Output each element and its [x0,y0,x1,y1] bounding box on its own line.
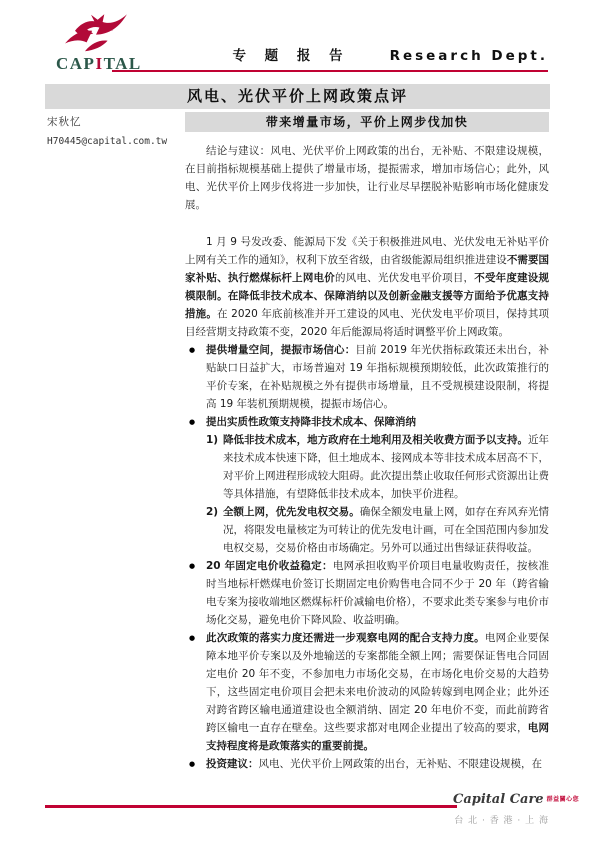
capital-bird-icon [56,12,136,54]
report-subtitle: 带来增量市场，平价上网步伐加快 [185,112,549,132]
bullet-item-grid-support: 此次政策的落实力度还需进一步观察电网的配合支持力度。电网企业要保障本地平价专案以… [185,629,549,755]
bullet-item-policy-support: 提出实质性政策支持降非技术成本、保障消纳 1) 降低非技术成本，地方政府在土地利… [185,413,549,557]
footer-rule [45,805,457,808]
report-page: CAPITAL 专 题 报 告 Research Dept. 风电、光伏平价上网… [0,0,595,842]
conclusion-paragraph: 结论与建议：风电、光伏平价上网政策的出台，无补贴、不限建设规模，在目前指标规模基… [185,142,549,214]
care-tagline: 群益關心您 [547,796,580,803]
bullet-lead: 提供增量空间，提振市场信心： [206,344,355,356]
sub-item-content: 全额上网，优先发电权交易。确保全额发电量上网，如存在弃风弃光情况，将限发电量核定… [223,503,549,557]
bullet-lead: 20 年固定电价收益稳定： [206,560,333,572]
sub-item-lead: 降低非技术成本，地方政府在土地利用及相关收费方面予以支持。 [223,434,528,446]
masthead-right: 专 题 报 告 Research Dept. [240,44,548,64]
bullet-header: 提出实质性政策支持降非技术成本、保障消纳 [206,413,549,431]
bullet-item-market-increment: 提供增量空间，提振市场信心：目前 2019 年光伏指标政策还未出台，补贴缺口日益… [185,341,549,413]
bullet-item-fixed-price: 20 年固定电价收益稳定：电网承担收购平价项目电量收购责任，按核准时当地标杆燃煤… [185,557,549,629]
sub-item-1: 1) 降低非技术成本，地方政府在土地利用及相关收费方面予以支持。近年来技术成本快… [206,431,549,503]
masthead-rule [112,70,548,72]
bullet-lead: 此次政策的落实力度还需进一步观察电网的配合支持力度。 [206,632,485,644]
conclusion-lead: 结论与建议： [206,145,270,157]
bullet-text: 风电、光伏平价上网政策的出台，无补贴、不限建设规模，在 [259,758,543,770]
footer-cities: 台 北 · 香 港 · 上 海 [454,813,549,826]
author-email: H70445@capital.com.tw [47,136,182,147]
policy-seg: 的风电、光伏发电平价项目， [335,272,474,284]
sub-item-content: 降低非技术成本，地方政府在土地利用及相关收费方面予以支持。近年来技术成本快速下降… [223,431,549,503]
sub-item-number: 1) [206,431,223,503]
sub-item-number: 2) [206,503,223,557]
sub-item-2: 2) 全额上网，优先发电权交易。确保全额发电量上网，如存在弃风弃光情况，将限发电… [206,503,549,557]
care-logo-text: Capital Care [453,792,544,807]
report-body: 带来增量市场，平价上网步伐加快 结论与建议：风电、光伏平价上网政策的出台，无补贴… [185,112,549,773]
body-text: 结论与建议：风电、光伏平价上网政策的出台，无补贴、不限建设规模，在目前指标规模基… [185,142,549,773]
bullet-lead: 投资建议： [206,758,259,770]
author-block: 宋秋忆 H70445@capital.com.tw [47,114,182,147]
policy-seg: 在 2020 年底前核准并开工建设的风电、光伏发电平价项目，保持其项目经营期支持… [185,308,549,338]
policy-seg: 1 月 9 号发改委、能源局下发《关于积极推进风电、光伏发电无补贴平价上网有关工… [185,236,549,266]
brand-part-accent: I [95,54,103,73]
capital-care-logo: Capital Care群益關心您 [453,792,579,807]
report-type-label: 专 题 报 告 [232,44,349,64]
bullet-text: 电网企业要保障本地平价专案以及外地输送的专案都能全额上网；需要保证售电合同固定电… [206,632,549,734]
bullet-item-investment-advice: 投资建议：风电、光伏平价上网政策的出台，无补贴、不限建设规模，在 [185,755,549,773]
research-dept-label: Research Dept. [390,48,548,64]
capital-logo: CAPITAL [56,12,146,72]
policy-paragraph: 1 月 9 号发改委、能源局下发《关于积极推进风电、光伏发电无补贴平价上网有关工… [185,233,549,341]
author-name: 宋秋忆 [47,114,182,129]
sub-item-lead: 全额上网，优先发电权交易。 [223,506,360,518]
brand-part: CAP [56,54,95,73]
page-title: 风电、光伏平价上网政策点评 [45,84,550,109]
